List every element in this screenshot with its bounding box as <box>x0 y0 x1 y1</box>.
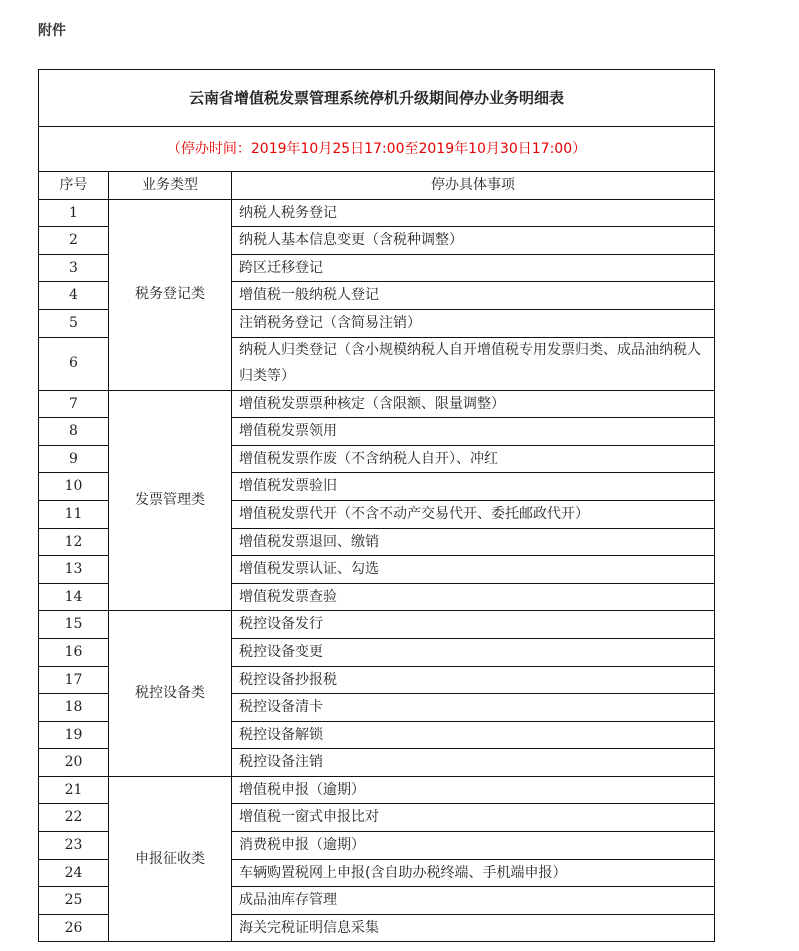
row-seq: 15 <box>39 611 109 639</box>
column-header-item: 停办具体事项 <box>232 172 715 200</box>
row-seq: 20 <box>39 749 109 777</box>
row-seq: 25 <box>39 887 109 915</box>
row-seq: 26 <box>39 914 109 942</box>
row-seq: 10 <box>39 473 109 501</box>
row-item: 车辆购置税网上申报(含自助办税终端、手机端申报） <box>232 859 715 887</box>
row-item: 成品油库存管理 <box>232 887 715 915</box>
table-body: 1税务登记类纳税人税务登记2纳税人基本信息变更（含税种调整）3跨区迁移登记4增值… <box>39 199 715 942</box>
row-seq: 13 <box>39 556 109 584</box>
row-item: 跨区迁移登记 <box>232 254 715 282</box>
row-seq: 4 <box>39 282 109 310</box>
row-category: 税控设备类 <box>109 611 232 777</box>
table-row: 15税控设备类税控设备发行 <box>39 611 715 639</box>
table-row: 1税务登记类纳税人税务登记 <box>39 199 715 227</box>
row-item: 增值税一般纳税人登记 <box>232 282 715 310</box>
column-header-seq: 序号 <box>39 172 109 200</box>
row-seq: 5 <box>39 309 109 337</box>
row-seq: 6 <box>39 337 109 390</box>
table-row: 21申报征收类增值税申报（逾期） <box>39 776 715 804</box>
row-seq: 18 <box>39 694 109 722</box>
row-item: 增值税申报（逾期） <box>232 776 715 804</box>
table-row: 7发票管理类增值税发票票种核定（含限额、限量调整） <box>39 390 715 418</box>
row-item: 增值税发票作废（不含纳税人自开）、冲红 <box>232 445 715 473</box>
row-item: 税控设备发行 <box>232 611 715 639</box>
row-seq: 23 <box>39 832 109 860</box>
row-seq: 24 <box>39 859 109 887</box>
row-seq: 11 <box>39 500 109 528</box>
suspended-services-table: 云南省增值税发票管理系统停机升级期间停办业务明细表 （停办时间：2019年10月… <box>38 69 715 942</box>
row-item: 税控设备变更 <box>232 638 715 666</box>
row-item: 增值税发票查验 <box>232 583 715 611</box>
row-item: 消费税申报（逾期） <box>232 832 715 860</box>
row-seq: 14 <box>39 583 109 611</box>
row-item: 纳税人基本信息变更（含税种调整） <box>232 227 715 255</box>
table-title: 云南省增值税发票管理系统停机升级期间停办业务明细表 <box>39 70 715 127</box>
row-item: 增值税发票认证、勾选 <box>232 556 715 584</box>
row-item: 税控设备清卡 <box>232 694 715 722</box>
row-category: 申报征收类 <box>109 776 232 942</box>
row-item: 增值税发票票种核定（含限额、限量调整） <box>232 390 715 418</box>
row-seq: 3 <box>39 254 109 282</box>
suspension-period: （停办时间：2019年10月25日17:00至2019年10月30日17:00） <box>39 127 715 172</box>
row-seq: 21 <box>39 776 109 804</box>
row-seq: 22 <box>39 804 109 832</box>
row-item: 增值税发票领用 <box>232 418 715 446</box>
row-item: 增值税发票代开（不含不动产交易代开、委托邮政代开） <box>232 500 715 528</box>
row-seq: 9 <box>39 445 109 473</box>
row-item: 纳税人税务登记 <box>232 199 715 227</box>
row-item: 纳税人归类登记（含小规模纳税人自开增值税专用发票归类、成品油纳税人归类等） <box>232 337 715 390</box>
row-seq: 1 <box>39 199 109 227</box>
row-item: 增值税发票验旧 <box>232 473 715 501</box>
row-item: 税控设备注销 <box>232 749 715 777</box>
attachment-label: 附件 <box>38 20 66 40</box>
row-seq: 2 <box>39 227 109 255</box>
row-seq: 12 <box>39 528 109 556</box>
row-category: 税务登记类 <box>109 199 232 390</box>
row-item: 税控设备抄报税 <box>232 666 715 694</box>
column-header-category: 业务类型 <box>109 172 232 200</box>
row-item: 海关完税证明信息采集 <box>232 914 715 942</box>
suspension-period-row: （停办时间：2019年10月25日17:00至2019年10月30日17:00） <box>39 127 715 172</box>
row-item: 增值税发票退回、缴销 <box>232 528 715 556</box>
row-item: 注销税务登记（含简易注销） <box>232 309 715 337</box>
table-title-row: 云南省增值税发票管理系统停机升级期间停办业务明细表 <box>39 70 715 127</box>
row-seq: 16 <box>39 638 109 666</box>
row-seq: 7 <box>39 390 109 418</box>
row-seq: 17 <box>39 666 109 694</box>
row-seq: 8 <box>39 418 109 446</box>
row-item: 税控设备解锁 <box>232 721 715 749</box>
table-header-row: 序号 业务类型 停办具体事项 <box>39 172 715 200</box>
row-seq: 19 <box>39 721 109 749</box>
row-category: 发票管理类 <box>109 390 232 611</box>
row-item: 增值税一窗式申报比对 <box>232 804 715 832</box>
